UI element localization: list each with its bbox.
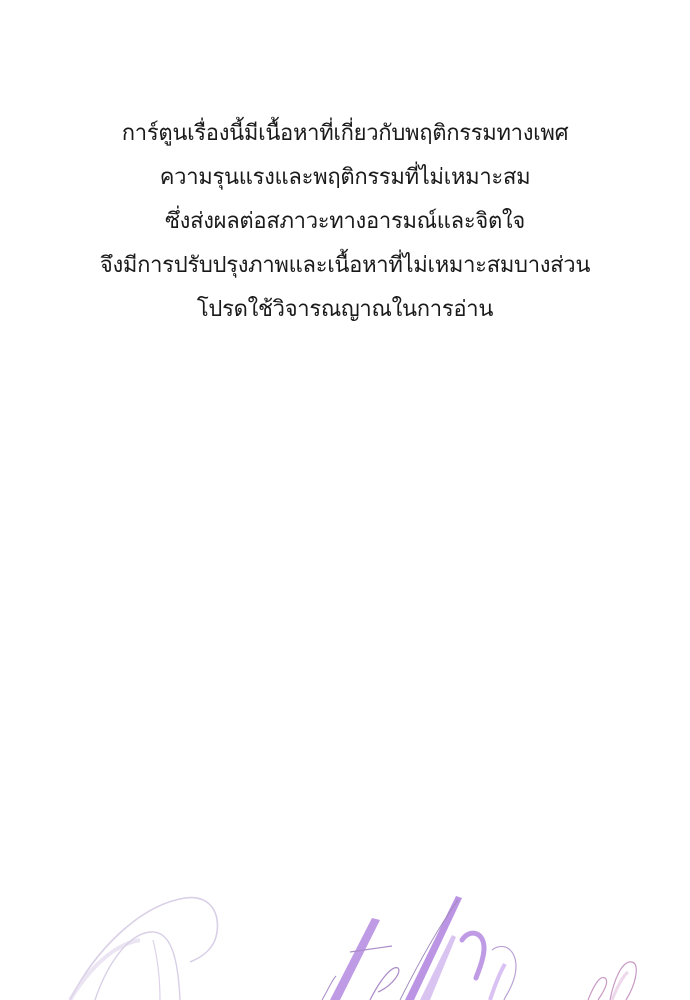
notice-line-4: จึงมีการปรับปรุงภาพและเนื้อหาที่ไม่เหมาะ… [0,244,690,288]
content-warning-notice: การ์ตูนเรื่องนี้มีเนื้อหาที่เกี่ยวกับพฤต… [0,112,690,332]
script-logo-icon [0,880,690,1000]
notice-line-3: ซึ่งส่งผลต่อสภาวะทางอารมณ์และจิตใจ [0,200,690,244]
notice-line-5: โปรดใช้วิจารณญาณในการอ่าน [0,288,690,332]
notice-line-1: การ์ตูนเรื่องนี้มีเนื้อหาที่เกี่ยวกับพฤต… [0,112,690,156]
notice-line-2: ความรุนแรงและพฤติกรรมที่ไม่เหมาะสม [0,156,690,200]
